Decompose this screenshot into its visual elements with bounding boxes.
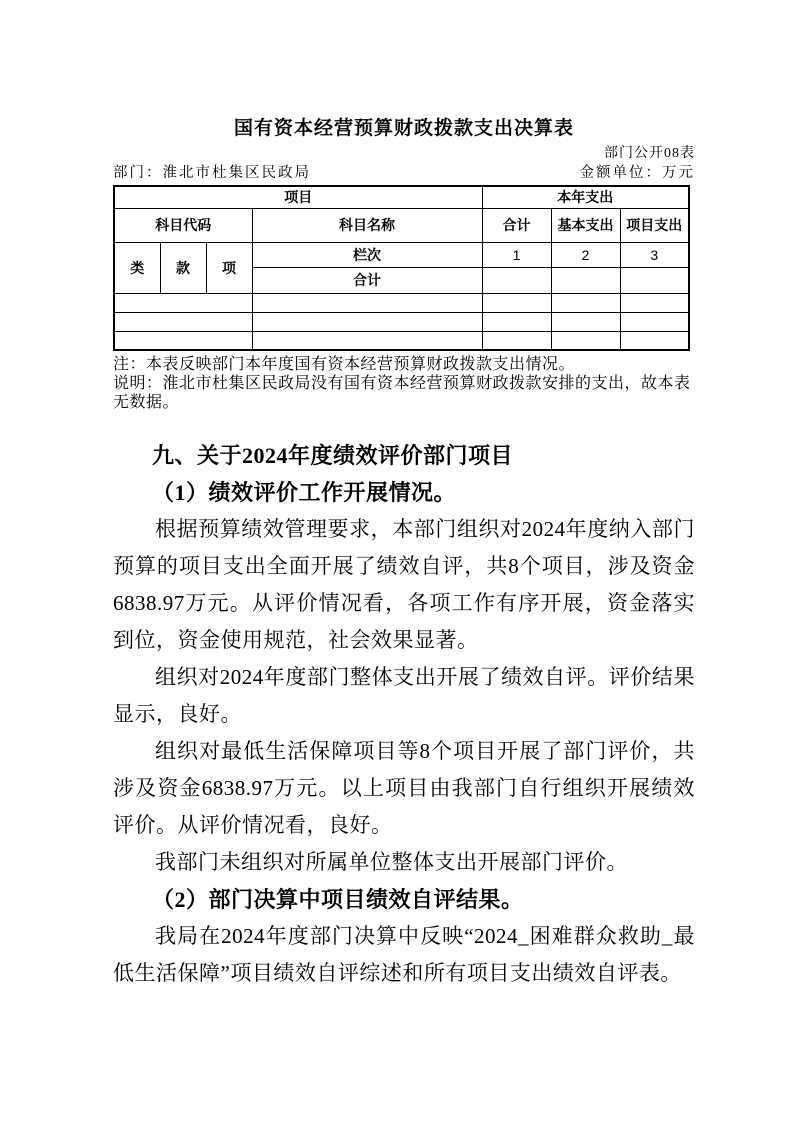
table-meta-row: 部门：淮北市杜集区民政局 金额单位：万元 bbox=[113, 165, 695, 182]
empty-name-cell bbox=[252, 312, 482, 331]
table-empty-row bbox=[114, 331, 689, 350]
paragraph: 组织对最低生活保障项目等8个项目开展了部门评价，共涉及资金6838.97万元。以… bbox=[113, 733, 695, 844]
empty-total-cell bbox=[482, 312, 551, 331]
empty-code-cell bbox=[114, 331, 252, 350]
header-total: 合计 bbox=[482, 208, 551, 242]
paragraph: 根据预算绩效管理要求，本部门组织对2024年度纳入部门预算的项目支出全面开展了绩… bbox=[113, 511, 695, 659]
paragraph: 组织对2024年度部门整体支出开展了绩效自评。评价结果显示，良好。 bbox=[113, 659, 695, 733]
paragraph: 我部门未组织对所属单位整体支出开展部门评价。 bbox=[113, 844, 695, 881]
section-9-heading: 九、关于2024年度绩效评价部门项目 bbox=[113, 437, 695, 474]
column-number-3: 3 bbox=[620, 242, 689, 267]
department-label: 部门：淮北市杜集区民政局 bbox=[113, 165, 311, 182]
subsection-1-heading: （1）绩效评价工作开展情况。 bbox=[113, 474, 695, 511]
table-notes: 注：本表反映部门本年度国有资本经营预算财政拨款支出情况。 说明：淮北市杜集区民政… bbox=[113, 355, 695, 412]
section-9: 九、关于2024年度绩效评价部门项目 （1）绩效评价工作开展情况。 根据预算绩效… bbox=[113, 437, 695, 992]
empty-project-cell bbox=[620, 293, 689, 312]
column-number-1: 1 bbox=[482, 242, 551, 267]
subsection-2-heading: （2）部门决算中项目绩效自评结果。 bbox=[113, 881, 695, 918]
explanation-line: 说明：淮北市杜集区民政局没有国有资本经营预算财政拨款安排的支出，故本表无数据。 bbox=[113, 374, 695, 412]
empty-total-cell bbox=[482, 331, 551, 350]
empty-basic-cell bbox=[551, 293, 620, 312]
table-header-row-2: 科目代码 科目名称 合计 基本支出 项目支出 bbox=[114, 208, 689, 242]
table-empty-row bbox=[114, 293, 689, 312]
page-title: 国有资本经营预算财政拨款支出决算表 bbox=[113, 118, 695, 139]
empty-name-cell bbox=[252, 331, 482, 350]
note-line: 注：本表反映部门本年度国有资本经营预算财政拨款支出情况。 bbox=[113, 355, 695, 374]
header-subject-name: 科目名称 bbox=[252, 208, 482, 242]
empty-code-cell bbox=[114, 312, 252, 331]
column-number-2: 2 bbox=[551, 242, 620, 267]
header-clause: 款 bbox=[160, 242, 206, 293]
empty-project-cell bbox=[620, 331, 689, 350]
empty-basic-cell bbox=[551, 331, 620, 350]
total-row-project-value bbox=[620, 267, 689, 293]
paragraph: 我局在2024年度部门决算中反映“2024_困难群众救助_最低生活保障”项目绩效… bbox=[113, 918, 695, 992]
empty-basic-cell bbox=[551, 312, 620, 331]
table-header-row-1: 项目 本年支出 bbox=[114, 186, 689, 208]
header-year-expenditure: 本年支出 bbox=[482, 186, 689, 208]
header-category: 类 bbox=[114, 242, 160, 293]
header-subject-code: 科目代码 bbox=[114, 208, 252, 242]
unit-label: 金额单位：万元 bbox=[580, 165, 696, 182]
total-row-label: 合计 bbox=[252, 267, 482, 293]
empty-name-cell bbox=[252, 293, 482, 312]
form-code-label: 部门公开08表 bbox=[113, 146, 695, 162]
header-item: 项 bbox=[206, 242, 252, 293]
expenditure-table: 项目 本年支出 科目代码 科目名称 合计 基本支出 项目支出 类 款 项 栏次 … bbox=[113, 185, 690, 351]
total-row-total-value bbox=[482, 267, 551, 293]
header-project: 项目 bbox=[114, 186, 482, 208]
table-empty-row bbox=[114, 312, 689, 331]
empty-code-cell bbox=[114, 293, 252, 312]
empty-total-cell bbox=[482, 293, 551, 312]
total-row-basic-value bbox=[551, 267, 620, 293]
column-index-label: 栏次 bbox=[252, 242, 482, 267]
document-page: 国有资本经营预算财政拨款支出决算表 部门公开08表 部门：淮北市杜集区民政局 金… bbox=[0, 0, 794, 1122]
empty-project-cell bbox=[620, 312, 689, 331]
header-basic-expenditure: 基本支出 bbox=[551, 208, 620, 242]
header-project-expenditure: 项目支出 bbox=[620, 208, 689, 242]
table-column-index-row: 类 款 项 栏次 1 2 3 bbox=[114, 242, 689, 267]
